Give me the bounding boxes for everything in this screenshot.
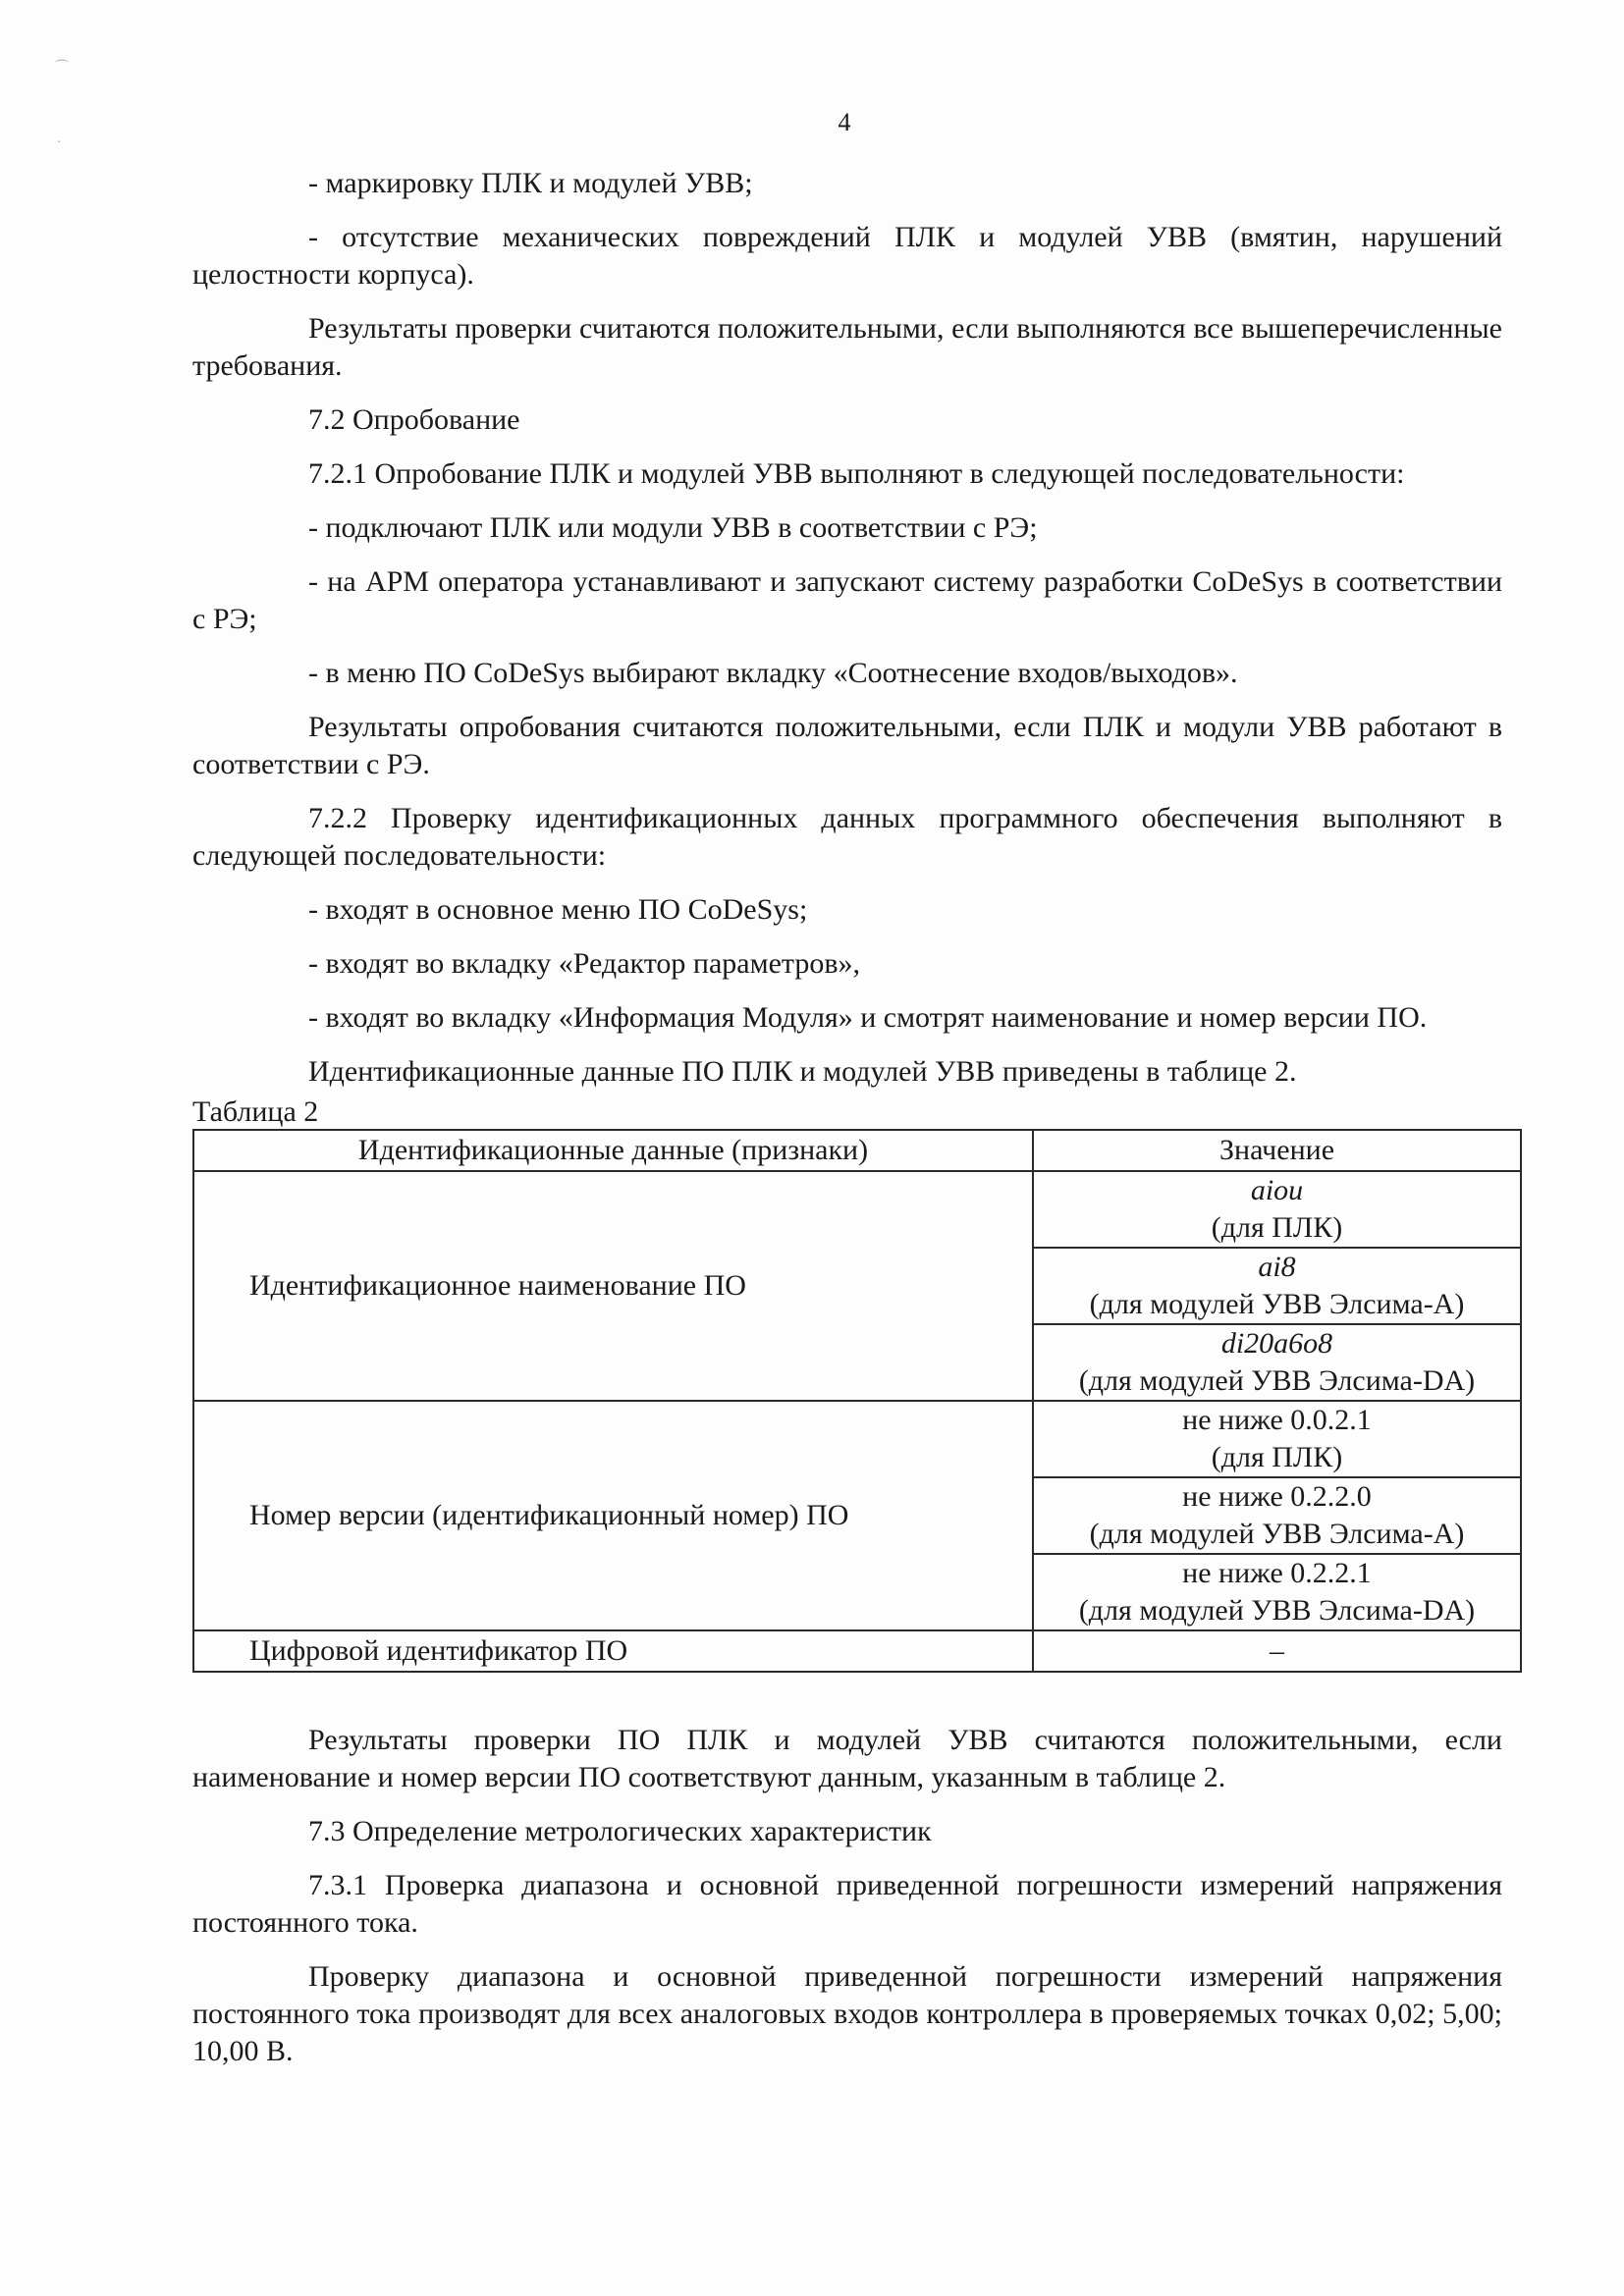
list-item-module-info: - входят во вкладку «Информация Модуля» … [192,999,1502,1037]
value-text: не ниже 0.2.2.1 [1034,1555,1520,1592]
list-item-param-editor: - входят во вкладку «Редактор параметров… [192,945,1502,983]
table-cell-value: не ниже 0.0.2.1 (для ПЛК) [1033,1401,1521,1477]
list-item-select-tab: - в меню ПО CoDeSys выбирают вкладку «Со… [192,655,1502,692]
value-note: (для модулей УВВ Элсима-DA) [1034,1592,1520,1629]
value-text: не ниже 0.0.2.1 [1034,1402,1520,1439]
column-header-value: Значение [1033,1130,1521,1171]
value-note: (для модулей УВВ Элсима-А) [1034,1516,1520,1553]
value-note: (для ПЛК) [1034,1209,1520,1247]
row-label-digital-id: Цифровой идентификатор ПО [193,1630,1033,1672]
table-cell-value: не ниже 0.2.2.0 (для модулей УВВ Элсима-… [1033,1477,1521,1554]
paragraph-voltage-check: Проверку диапазона и основной приведенно… [192,1958,1502,2070]
post-table-section: Результаты проверки ПО ПЛК и модулей УВВ… [192,1722,1502,2070]
list-item-marking: - маркировку ПЛК и модулей УВВ; [192,165,1502,202]
scan-artifact: · [57,135,62,151]
identification-table: Идентификационные данные (признаки) Знач… [192,1129,1522,1673]
page-number: 4 [0,108,1624,137]
list-item-damage: - отсутствие механических повреждений ПЛ… [192,219,1502,294]
table-cell-value: di20a6o8 (для модулей УВВ Элсима-DA) [1033,1324,1521,1401]
table-row: Идентификационное наименование ПО aiou (… [193,1171,1521,1248]
table-cell-value: не ниже 0.2.2.1 (для модулей УВВ Элсима-… [1033,1554,1521,1630]
table-caption: Таблица 2 [192,1095,1502,1129]
table-header-row: Идентификационные данные (признаки) Знач… [193,1130,1521,1171]
list-item-main-menu: - входят в основное меню ПО CoDeSys; [192,891,1502,929]
table-row: Цифровой идентификатор ПО – [193,1630,1521,1672]
paragraph-7-2-1: 7.2.1 Опробование ПЛК и модулей УВВ выпо… [192,455,1502,493]
section-heading-7-3: 7.3 Определение метрологических характер… [192,1813,1502,1850]
value-note: (для модулей УВВ Элсима-DA) [1034,1362,1520,1400]
table-cell-value: ai8 (для модулей УВВ Элсима-А) [1033,1248,1521,1324]
value-text: aiou [1034,1172,1520,1209]
value-note: (для ПЛК) [1034,1439,1520,1476]
paragraph-table-reference: Идентификационные данные ПО ПЛК и модуле… [192,1053,1502,1091]
row-label-sw-version: Номер версии (идентификационный номер) П… [193,1401,1033,1630]
column-header-features: Идентификационные данные (признаки) [193,1130,1033,1171]
table-row: Номер версии (идентификационный номер) П… [193,1401,1521,1477]
table-cell-value: aiou (для ПЛК) [1033,1171,1521,1248]
value-text: ai8 [1034,1249,1520,1286]
list-item-install-codesys: - на АРМ оператора устанавливают и запус… [192,563,1502,638]
scan-artifact: ⌒ [55,57,69,77]
row-label-sw-name: Идентификационное наименование ПО [193,1171,1033,1401]
table-cell-value: – [1033,1630,1521,1672]
paragraph-inspection-result: Результаты проверки считаются положитель… [192,310,1502,385]
paragraph-7-2-2: 7.2.2 Проверку идентификационных данных … [192,800,1502,875]
value-text: не ниже 0.2.2.0 [1034,1478,1520,1516]
paragraph-7-3-1: 7.3.1 Проверка диапазона и основной прив… [192,1867,1502,1942]
list-item-connect: - подключают ПЛК или модули УВВ в соотве… [192,509,1502,547]
value-text: di20a6o8 [1034,1325,1520,1362]
paragraph-testing-result: Результаты опробования считаются положит… [192,709,1502,783]
section-heading-7-2: 7.2 Опробование [192,401,1502,439]
value-note: (для модулей УВВ Элсима-А) [1034,1286,1520,1323]
paragraph-sw-check-result: Результаты проверки ПО ПЛК и модулей УВВ… [192,1722,1502,1796]
document-body: - маркировку ПЛК и модулей УВВ; - отсутс… [192,165,1502,2087]
